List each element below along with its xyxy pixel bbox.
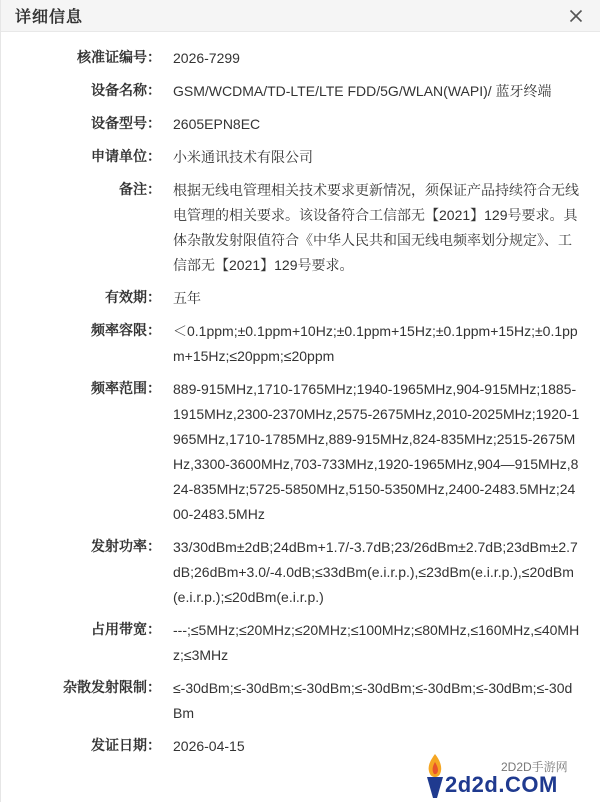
field-device-name: 设备名称： GSM/WCDMA/TD-LTE/LTE FDD/5G/WLAN(W…: [1, 79, 600, 104]
dialog-header: 详细信息: [1, 0, 600, 32]
field-label: 设备型号：: [1, 112, 161, 137]
detail-dialog: 详细信息 核准证编号： 2026-7299 设备名称： GSM/WCDMA/TD…: [0, 0, 600, 802]
watermark-domain: 2d2d.COM: [445, 772, 558, 798]
field-remarks: 备注： 根据无线电管理相关技术要求更新情况，须保证产品持续符合无线电管理的相关要…: [1, 178, 600, 278]
field-label: 频率容限：: [1, 319, 161, 344]
field-spurious-emission-limit: 杂散发射限制： ≤-30dBm;≤-30dBm;≤-30dBm;≤-30dBm;…: [1, 676, 600, 726]
close-button[interactable]: [566, 6, 586, 26]
field-value: ≤-30dBm;≤-30dBm;≤-30dBm;≤-30dBm;≤-30dBm;…: [161, 676, 581, 726]
field-label: 发射功率：: [1, 535, 161, 560]
field-frequency-range: 频率范围： 889-915MHz,1710-1765MHz;1940-1965M…: [1, 377, 600, 527]
field-label: 核准证编号：: [1, 46, 161, 71]
field-value: 五年: [161, 286, 581, 311]
field-label: 有效期：: [1, 286, 161, 311]
field-validity: 有效期： 五年: [1, 286, 600, 311]
field-label: 占用带宽：: [1, 618, 161, 643]
field-value: 根据无线电管理相关技术要求更新情况，须保证产品持续符合无线电管理的相关要求。该设…: [161, 178, 581, 278]
field-label: 申请单位：: [1, 145, 161, 170]
field-label: 备注：: [1, 178, 161, 203]
close-icon: [569, 9, 583, 23]
field-value: 2026-7299: [161, 46, 581, 71]
field-device-model: 设备型号： 2605EPN8EC: [1, 112, 600, 137]
field-label: 设备名称：: [1, 79, 161, 104]
field-value: GSM/WCDMA/TD-LTE/LTE FDD/5G/WLAN(WAPI)/ …: [161, 79, 581, 104]
field-approval-number: 核准证编号： 2026-7299: [1, 46, 600, 71]
watermark-logo: 2D2D手游网 2d2d.COM: [419, 752, 600, 802]
field-applicant: 申请单位： 小米通讯技术有限公司: [1, 145, 600, 170]
field-label: 杂散发射限制：: [1, 676, 161, 701]
detail-list: 核准证编号： 2026-7299 设备名称： GSM/WCDMA/TD-LTE/…: [1, 32, 600, 759]
dialog-title: 详细信息: [15, 4, 83, 27]
field-label: 频率范围：: [1, 377, 161, 402]
torch-icon: [423, 752, 447, 800]
field-label: 发证日期：: [1, 734, 161, 759]
field-value: 33/30dBm±2dB;24dBm+1.7/-3.7dB;23/26dBm±2…: [161, 535, 581, 610]
field-frequency-tolerance: 频率容限： ＜0.1ppm;±0.1ppm+10Hz;±0.1ppm+15Hz;…: [1, 319, 600, 369]
field-transmit-power: 发射功率： 33/30dBm±2dB;24dBm+1.7/-3.7dB;23/2…: [1, 535, 600, 610]
field-value: 889-915MHz,1710-1765MHz;1940-1965MHz,904…: [161, 377, 581, 527]
field-value: 2605EPN8EC: [161, 112, 581, 137]
field-value: ＜0.1ppm;±0.1ppm+10Hz;±0.1ppm+15Hz;±0.1pp…: [161, 319, 581, 369]
field-value: ---;≤5MHz;≤20MHz;≤20MHz;≤100MHz;≤80MHz,≤…: [161, 618, 581, 668]
field-value: 小米通讯技术有限公司: [161, 145, 581, 170]
field-occupied-bandwidth: 占用带宽： ---;≤5MHz;≤20MHz;≤20MHz;≤100MHz;≤8…: [1, 618, 600, 668]
